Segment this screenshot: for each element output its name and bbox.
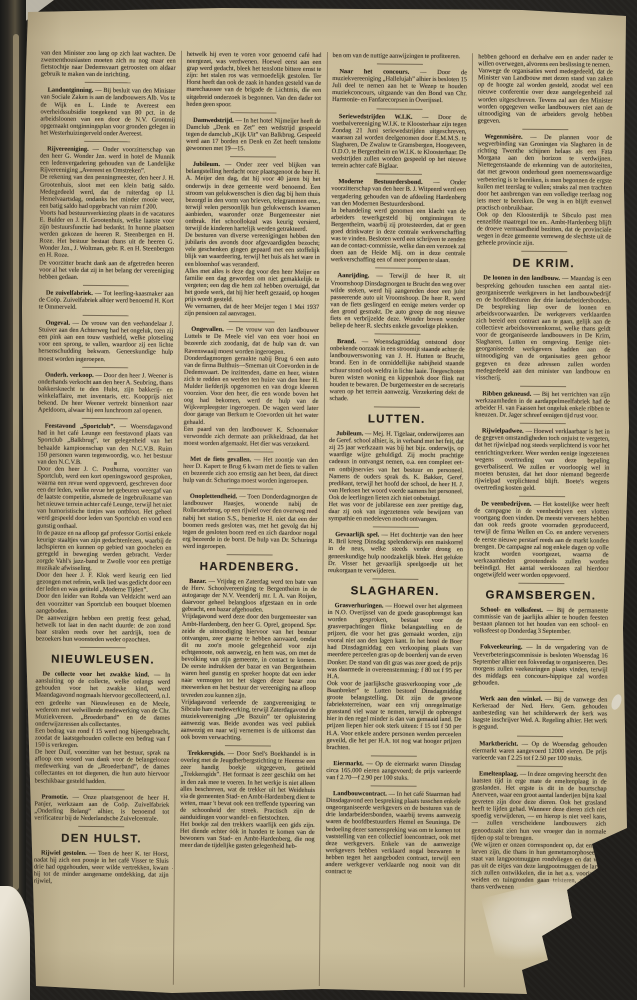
article-brand: Brand. — Woensdagmiddag ontstond door on…: [329, 338, 464, 403]
article-text: hebben gehoord en derhalve een en ander …: [478, 53, 613, 124]
article-divider: [229, 321, 275, 322]
article-text: — Door de voetbalvereeniging W.I.K. te K…: [331, 113, 466, 169]
article-text: — Bij besluit van den Minister van Socia…: [40, 87, 175, 137]
article-divider: [85, 141, 131, 142]
article-de-veenbedrijven: De veenbedrijven. — Het kostelijke weer …: [474, 500, 609, 579]
article-continuation: van den Minister zoo lang op zich laat w…: [41, 50, 176, 80]
article-divider: [225, 745, 271, 746]
article-divider: [227, 554, 273, 555]
article-text: — De vrouw van den landbouwer Luttels te…: [183, 326, 319, 447]
article-onderh-verkoop: Onderh. verkoop. — Door den heer J. Ween…: [38, 371, 173, 415]
article-marktbericht: Marktbericht. — Op de Woensdag gehouden …: [472, 740, 607, 762]
article-jubileum: Jubileum. — Onder zeer veel blijken van …: [184, 161, 320, 318]
page-edge-strip: [13, 34, 19, 890]
article-title: Brand.: [337, 338, 356, 345]
article-landontginning: Landontginning. — Bij besluit van den Mi…: [40, 87, 175, 138]
article-text: — Mej. H. Tigelaar, onderwijzeres aan de…: [328, 430, 464, 523]
article-trekkersgids: Trekkersgids. — Door Snel's Boekhandel i…: [180, 750, 316, 850]
article-text: hetwelk hij even te voren voor genoemd c…: [186, 51, 321, 108]
article-met-de-fiets-gevallen: Met de fiets gevallen. — Het zoontje van…: [183, 456, 318, 486]
article-seriewedstrijden-w-i-k: Seriewedstrijden W.I.K. — Door de voetba…: [331, 113, 466, 171]
article-divider: [374, 334, 420, 335]
article-text: van den Minister zoo lang op zich laat w…: [41, 50, 176, 79]
article-divider: [377, 64, 423, 65]
article-divider: [79, 788, 125, 789]
column-4: hebben gehoord en derhalve een en ander …: [464, 53, 618, 988]
article-text: — Woensdagavond had in het café Leunge e…: [36, 423, 173, 643]
section-heading-lutten: LUTTEN.: [329, 413, 464, 427]
article-text: — Onder voorzitterschap van den heer G. …: [39, 146, 175, 281]
article-text: — Hoewel over het algemeen in N.O. Overi…: [326, 602, 462, 751]
article-moderne-bestuurdersbond: Moderne Bestuurdersbond. — Onder voorzit…: [331, 178, 466, 264]
article-continuation: hebben gehoord en derhalve een en ander …: [478, 53, 613, 125]
article-divider: [230, 156, 276, 157]
article-rijwielpadwee: Rijwielpadwee. — Hoewel verklaarbaar is …: [474, 428, 609, 493]
column-1: van den Minister zoo lang op zich laat w…: [28, 49, 181, 984]
section-heading-nieuwleusen: NIEUWLEUSEN.: [36, 654, 171, 668]
article-divider: [228, 451, 274, 452]
article-divider: [82, 418, 128, 419]
article-jubileum: Jubileum. — Mej. H. Tigelaar, onderwijze…: [328, 430, 464, 523]
article-divider: [231, 112, 277, 113]
article-divider: [516, 765, 562, 766]
section-heading-hardenberg: HARDENBERG.: [182, 561, 317, 575]
article-text: — In aansluiting op de collecte, welke o…: [35, 672, 171, 785]
column-3: ben om van de nuttige aanwijzingen te pr…: [318, 52, 472, 987]
article-divider: [83, 367, 129, 368]
article-text: — Onder zeer veel blijken van belangstel…: [184, 161, 320, 317]
article-divider: [373, 527, 419, 528]
article-divider: [376, 108, 422, 109]
article-divider: [85, 82, 131, 83]
article-divider: [375, 268, 421, 269]
article-divider: [370, 785, 416, 786]
article-de-collecte-voor-het-zwakke-kind: De collecte voor het zwakke kind. — In a…: [35, 671, 171, 786]
article-onoplettendheid: Onoplettendheid. — Toen Donderdagmorgen …: [182, 493, 317, 551]
article-divider: [518, 583, 564, 584]
article-text: — Terwijl de heer R. uit Vroomshoop Dins…: [330, 273, 465, 330]
article-divider: [520, 386, 566, 387]
scanner-background: { "colors": { "background": "#201e1b", "…: [0, 0, 637, 1000]
article-divider: [79, 826, 125, 827]
article-de-loonen-in-den-landbouw: De loonen in den landbouw. — Maandag is …: [475, 275, 611, 383]
article-ribben-gekneusd: Ribben gekneusd. — Bij het verrichten va…: [475, 390, 610, 420]
article-gevaarlijk-spel: Gevaarlijk spel. — Het dochtertje van de…: [328, 531, 463, 575]
article-text: — Het dochtertje van den heer R. Bril kr…: [328, 532, 463, 575]
column-2: hetwelk hij even te voren voor genoemd c…: [173, 51, 327, 986]
article-divider: [371, 755, 417, 756]
section-heading-slagharen: SLAGHAREN.: [328, 585, 463, 599]
article-naar-het-concours: Naar het concours. — Door de muziekveree…: [332, 68, 467, 105]
article-divider: [521, 251, 567, 252]
article-divider: [83, 315, 129, 316]
article-title: Ongeval.: [46, 320, 70, 327]
article-school-en-volksfeest: School- en volksfeest. — Bij de permanen…: [473, 606, 608, 636]
article-feestavond-sportclub: Feestavond „Sportclub”. — Woensdagavond …: [36, 423, 173, 644]
article-text: — Vrijdag en Zaterdag werd ten bate van …: [181, 578, 317, 741]
article-divider: [519, 423, 565, 424]
article-text: ben om van de nuttige aanwijzingen te pr…: [332, 52, 460, 60]
article-divider: [372, 578, 418, 579]
article-rijvereeniging: Rijvereeniging. — Onder voorzitterschap …: [39, 146, 175, 282]
article-de-zuivelfabriek: De zuivelfabriek. — Tot leerling-kaasmak…: [39, 289, 174, 311]
article-text: — Door den heer J. Weener is onderhands …: [38, 372, 173, 415]
article-fokveekeuring: Fokveekeuring. — In de vergadering van d…: [473, 644, 608, 688]
article-damwedstrijd: Damwedstrijd. — In het hotel Nijmeijer h…: [186, 117, 321, 154]
article-landbouwcontract: Landbouwcontract. — In het café Staarman…: [325, 790, 460, 876]
article-text: — Maandag is een bespreking gehouden tus…: [475, 275, 611, 381]
article-divider: [374, 406, 420, 407]
column-layout: van den Minister zoo lang op zich laat w…: [28, 49, 618, 988]
article-text: — In de vergadering van de Veeverbeterin…: [473, 644, 608, 686]
article-promotie: Promotie. — Onze plaatsgenoot de heer H.…: [34, 793, 169, 823]
article-divider: [80, 647, 126, 648]
article-text: — De vrouw van den veehandelaar J. Stuiv…: [38, 320, 173, 363]
section-heading-gramsbergen: GRAMSBERGEN.: [473, 589, 608, 603]
article-ongevallen: Ongevallen. — De vrouw van den landbouwe…: [183, 326, 319, 448]
article-continuation: hetwelk hij even te voren voor genoemd c…: [186, 51, 321, 109]
article-eiermarkt: Eiermarkt. — Op de eiermarkt waren Dinsd…: [326, 760, 461, 782]
article-ongeval: Ongeval. — De vrouw van den veehandelaar…: [38, 320, 173, 364]
article-wegenmis-re: Wegenmisère. — De plannen voor de wegver…: [477, 133, 613, 248]
article-divider: [83, 285, 129, 286]
article-divider: [376, 174, 422, 175]
article-text: — In het café Staarman had Dinsdagavond …: [325, 791, 460, 876]
article-text: — Het kostelijke weer heeft de campagne …: [474, 501, 609, 579]
article-grasverhuringen: Grasverhuringen. — Hoewel over het algem…: [326, 602, 462, 752]
article-werk-aan-den-winkel: Werk aan den winkel. — Bij de vanwege de…: [472, 695, 607, 732]
article-continuation: ben om van de nuttige aanwijzingen te pr…: [332, 52, 467, 60]
section-heading-den-hulst: DEN HULST.: [34, 832, 169, 846]
article-aanrijding: Aanrijding. — Terwijl de heer R. uit Vro…: [330, 272, 465, 330]
newspaper-page: van den Minister zoo lang op zich laat w…: [22, 8, 630, 994]
article-title: Bazar.: [189, 578, 206, 585]
section-heading-de-krim: DE KRIM.: [476, 258, 611, 272]
article-divider: [517, 691, 563, 692]
article-text: — Woensdagmiddag ontstond door onbekende…: [329, 339, 464, 403]
article-divider: [517, 735, 563, 736]
article-divider: [517, 639, 563, 640]
article-text: — Toen Donderdagmorgen de landbouwer Haa…: [182, 494, 317, 551]
article-text: — De plannen voor de wegverbinding van G…: [477, 134, 613, 247]
article-bazar: Bazar. — Vrijdag en Zaterdag werd ten ba…: [181, 578, 317, 742]
article-divider: [227, 488, 273, 489]
article-text: — Hoewel verklaarbaar is het in de gegev…: [474, 428, 609, 492]
article-divider: [522, 129, 568, 130]
article-rijwiel-gestolen: Rijwiel gestolen. — Toen de heer K. ter …: [34, 849, 169, 886]
article-text: — Onder voorzitterschap van den heer B. …: [331, 179, 466, 264]
article-divider: [519, 496, 565, 497]
article-text: — Door Snel's Boekhandel is in overleg m…: [180, 750, 316, 850]
